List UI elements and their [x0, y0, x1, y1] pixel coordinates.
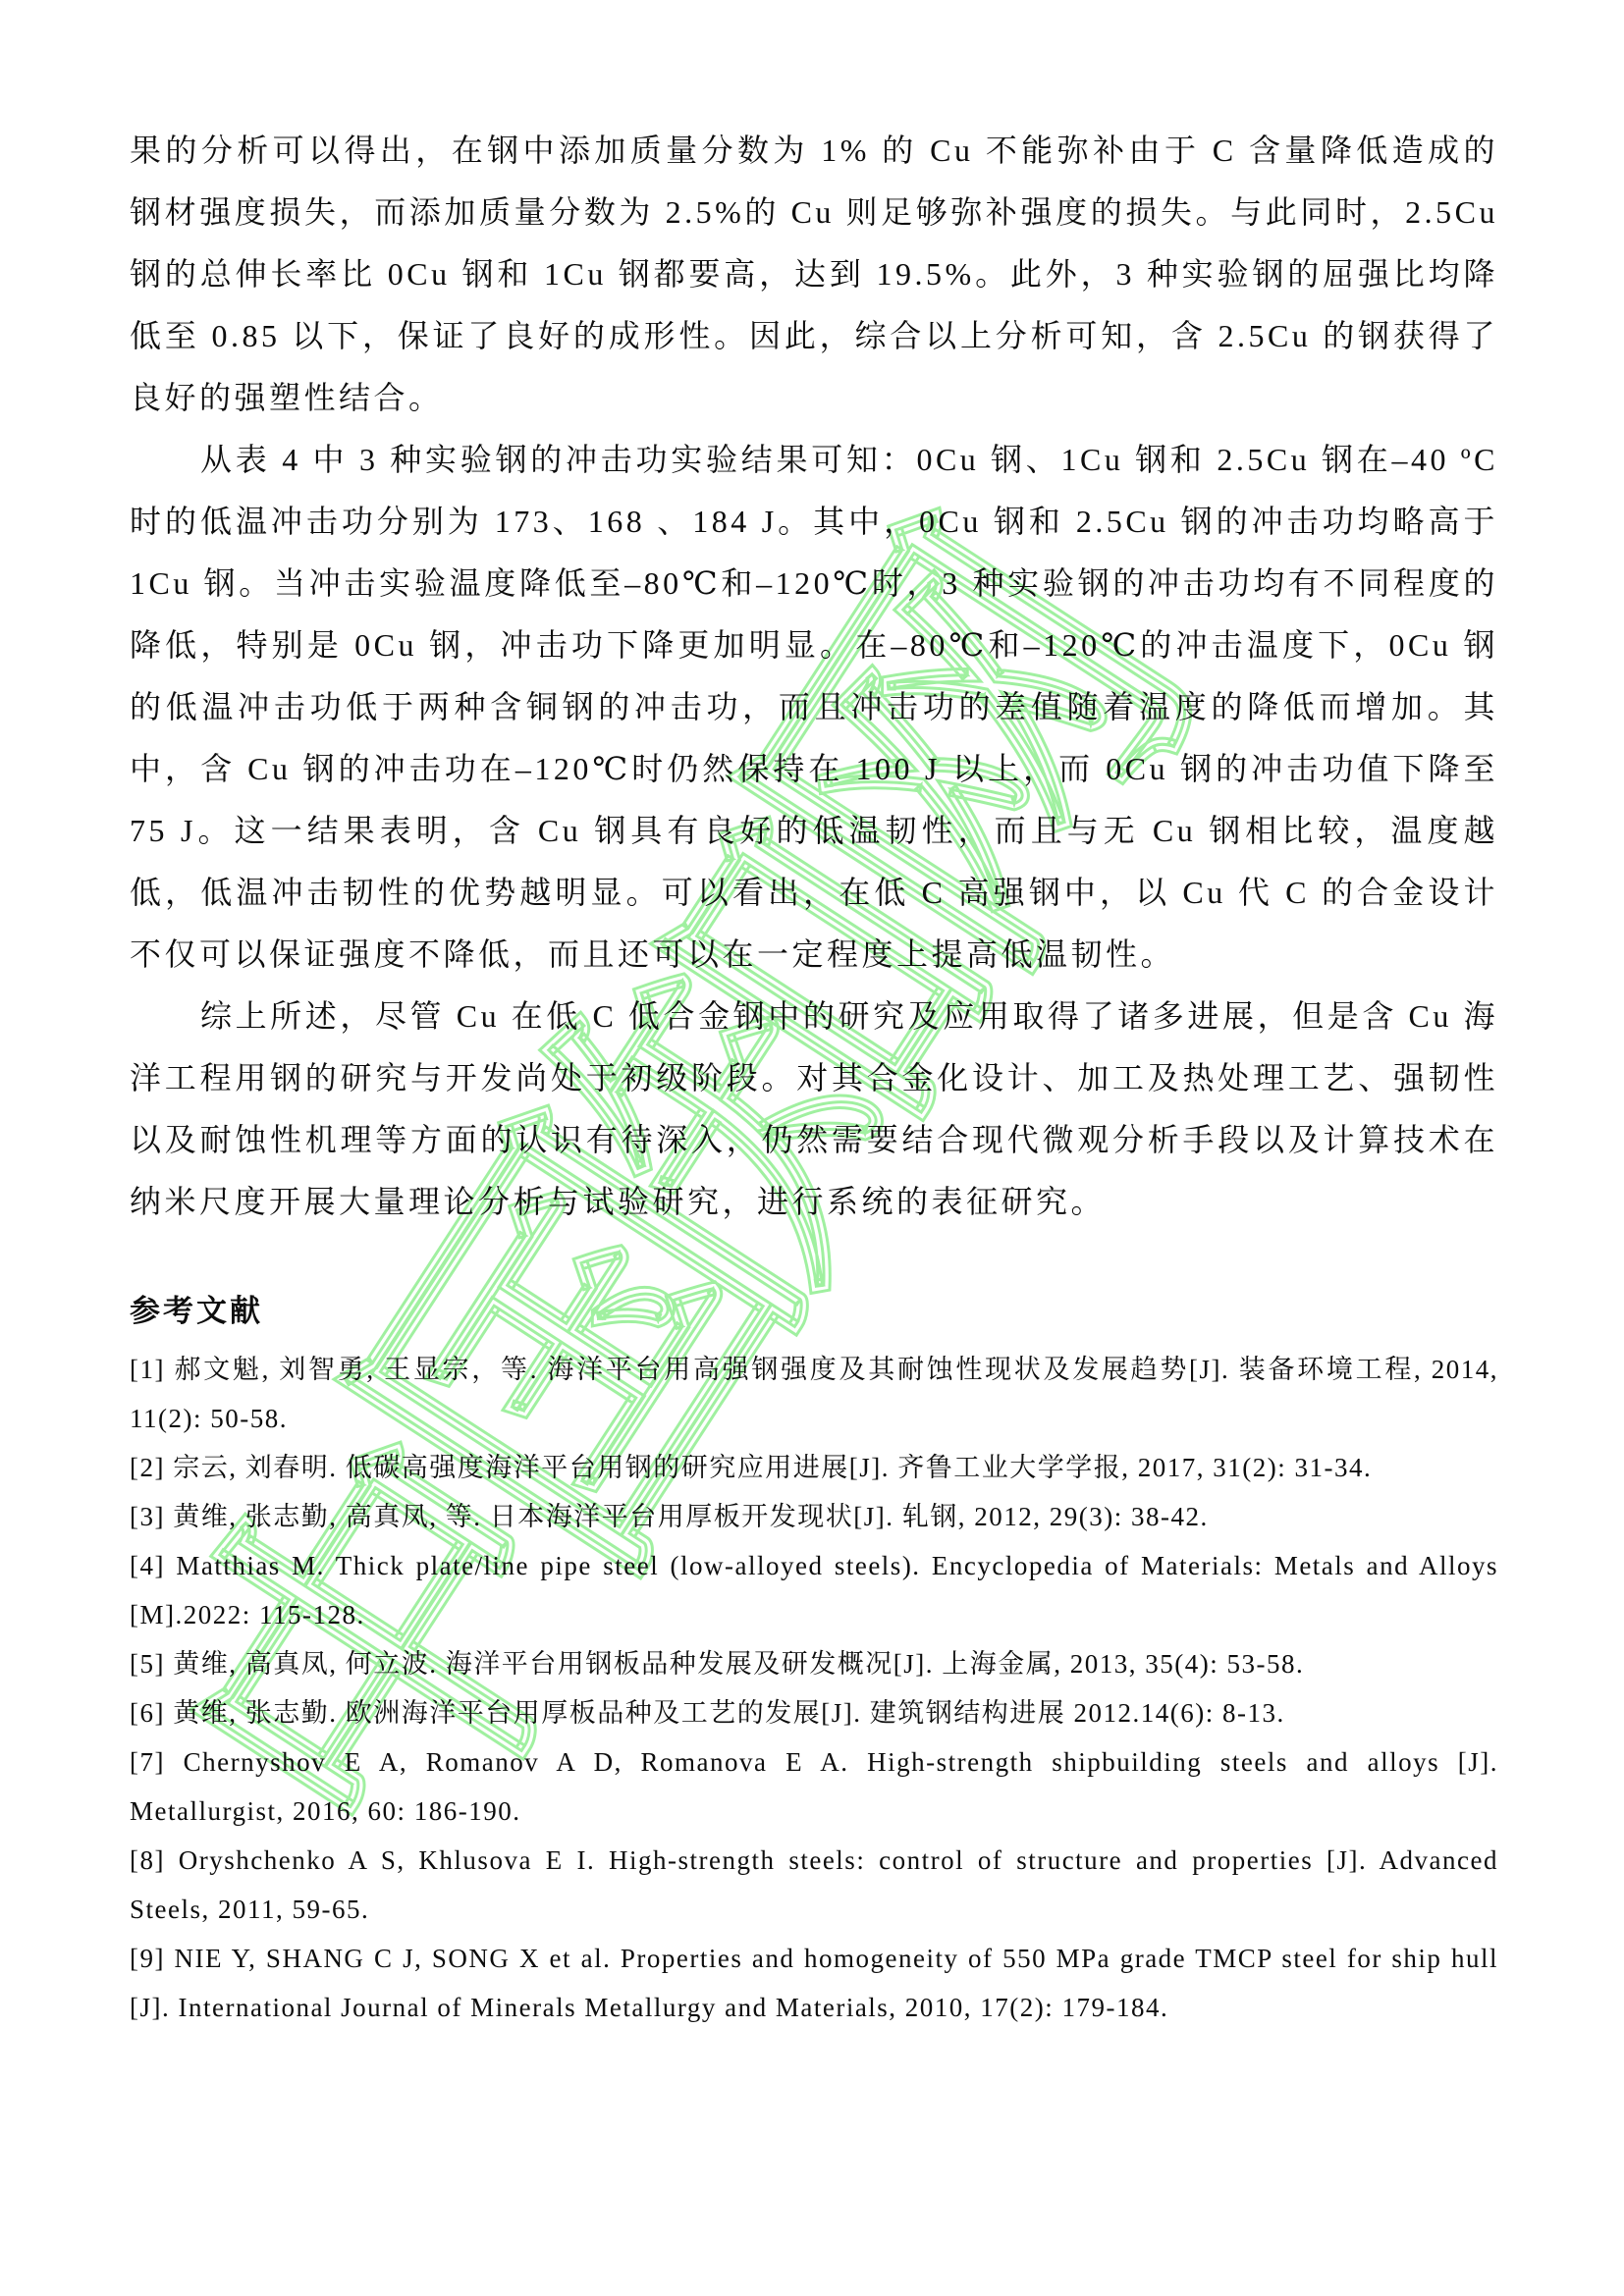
- reference-item: [7] Chernyshov E A, Romanov A D, Romanov…: [130, 1737, 1498, 1836]
- reference-item: [8] Oryshchenko A S, Khlusova E I. High-…: [130, 1836, 1498, 1934]
- reference-list: [1] 郝文魁, 刘智勇, 王显宗，等. 海洋平台用高强钢强度及其耐蚀性现状及发…: [130, 1345, 1498, 2032]
- reference-item: [1] 郝文魁, 刘智勇, 王显宗，等. 海洋平台用高强钢强度及其耐蚀性现状及发…: [130, 1345, 1498, 1443]
- paragraph: 综上所述，尽管 Cu 在低 C 低合金钢中的研究及应用取得了诸多进展，但是含 C…: [130, 986, 1498, 1233]
- reference-item: [3] 黄维, 张志勤, 高真凤, 等. 日本海洋平台用厚板开发现状[J]. 轧…: [130, 1492, 1498, 1541]
- page-content: 果的分析可以得出，在钢中添加质量分数为 1% 的 Cu 不能弥补由于 C 含量降…: [0, 0, 1624, 2032]
- reference-item: [5] 黄维, 高真凤, 何立波. 海洋平台用钢板品种发展及研发概况[J]. 上…: [130, 1639, 1498, 1688]
- paragraph: 果的分析可以得出，在钢中添加质量分数为 1% 的 Cu 不能弥补由于 C 含量降…: [130, 120, 1498, 429]
- references-heading: 参考文献: [130, 1290, 1498, 1333]
- reference-item: [6] 黄维, 张志勤. 欧洲海洋平台用厚板品种及工艺的发展[J]. 建筑钢结构…: [130, 1688, 1498, 1737]
- paragraph: 从表 4 中 3 种实验钢的冲击功实验结果可知：0Cu 钢、1Cu 钢和 2.5…: [130, 429, 1498, 986]
- reference-item: [2] 宗云, 刘春明. 低碳高强度海洋平台用钢的研究应用进展[J]. 齐鲁工业…: [130, 1443, 1498, 1492]
- reference-item: [9] NIE Y, SHANG C J, SONG X et al. Prop…: [130, 1934, 1498, 2032]
- document-page: 中国知网 果的分析可以得出，在钢中添加质量分数为 1% 的 Cu 不能弥补由于 …: [0, 0, 1624, 2296]
- reference-item: [4] Matthias M. Thick plate/line pipe st…: [130, 1541, 1498, 1639]
- body-paragraphs: 果的分析可以得出，在钢中添加质量分数为 1% 的 Cu 不能弥补由于 C 含量降…: [130, 120, 1498, 1233]
